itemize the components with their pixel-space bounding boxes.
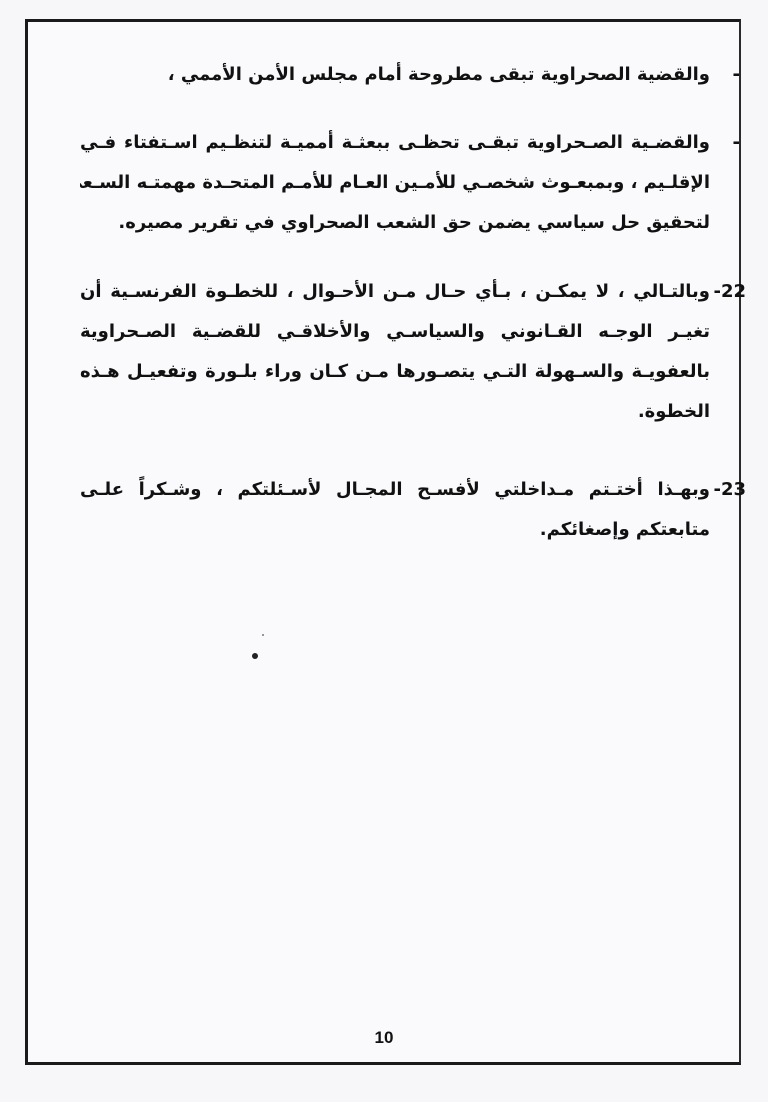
paragraph-number: -22	[712, 272, 746, 312]
paragraph-22: -22 وبالتـالي ، لا يمكـن ، بـأي حـال مـن…	[80, 272, 710, 432]
paragraph-line: وبالتـالي ، لا يمكـن ، بـأي حـال مـن الأ…	[80, 272, 710, 312]
paragraph-line: لتحقيق حل سياسي يضمن حق الشعب الصحراوي ف…	[80, 203, 710, 243]
paragraph-line: الخطوة.	[80, 392, 710, 432]
paragraph-bullet-1: - والقضية الصحراوية تبقى مطروحة أمام مجل…	[80, 55, 710, 95]
paragraph-line: والقضـية الصـحراوية تبقـى تحظـى ببعثـة أ…	[80, 123, 710, 163]
paragraph-bullet-2: - والقضـية الصـحراوية تبقـى تحظـى ببعثـة…	[80, 123, 710, 243]
paragraph-line: وبهـذا أختـتم مـداخلتي لأفسـح المجـال لأ…	[80, 470, 710, 510]
paragraph-line: الإقلـيم ، وبمبعـوث شخصـي للأمـين العـام…	[80, 163, 710, 203]
bullet-dash: -	[720, 123, 740, 163]
paragraph-line: والقضية الصحراوية تبقى مطروحة أمام مجلس …	[80, 55, 710, 95]
scan-speck	[252, 653, 258, 659]
paragraph-line: بالعفويـة والسـهولة التـي يتصـورها مـن ك…	[80, 352, 710, 392]
paragraph-line: تغيـر الوجـه القـانوني والسياسـي والأخلا…	[80, 312, 710, 352]
paragraph-line: متابعتكم وإصغائكم.	[80, 510, 710, 550]
paragraph-23: -23 وبهـذا أختـتم مـداخلتي لأفسـح المجـا…	[80, 470, 710, 550]
page-number: 10	[0, 1028, 768, 1048]
bullet-dash: -	[720, 55, 740, 95]
paragraph-number: -23	[712, 470, 746, 510]
scan-speck	[262, 634, 264, 636]
